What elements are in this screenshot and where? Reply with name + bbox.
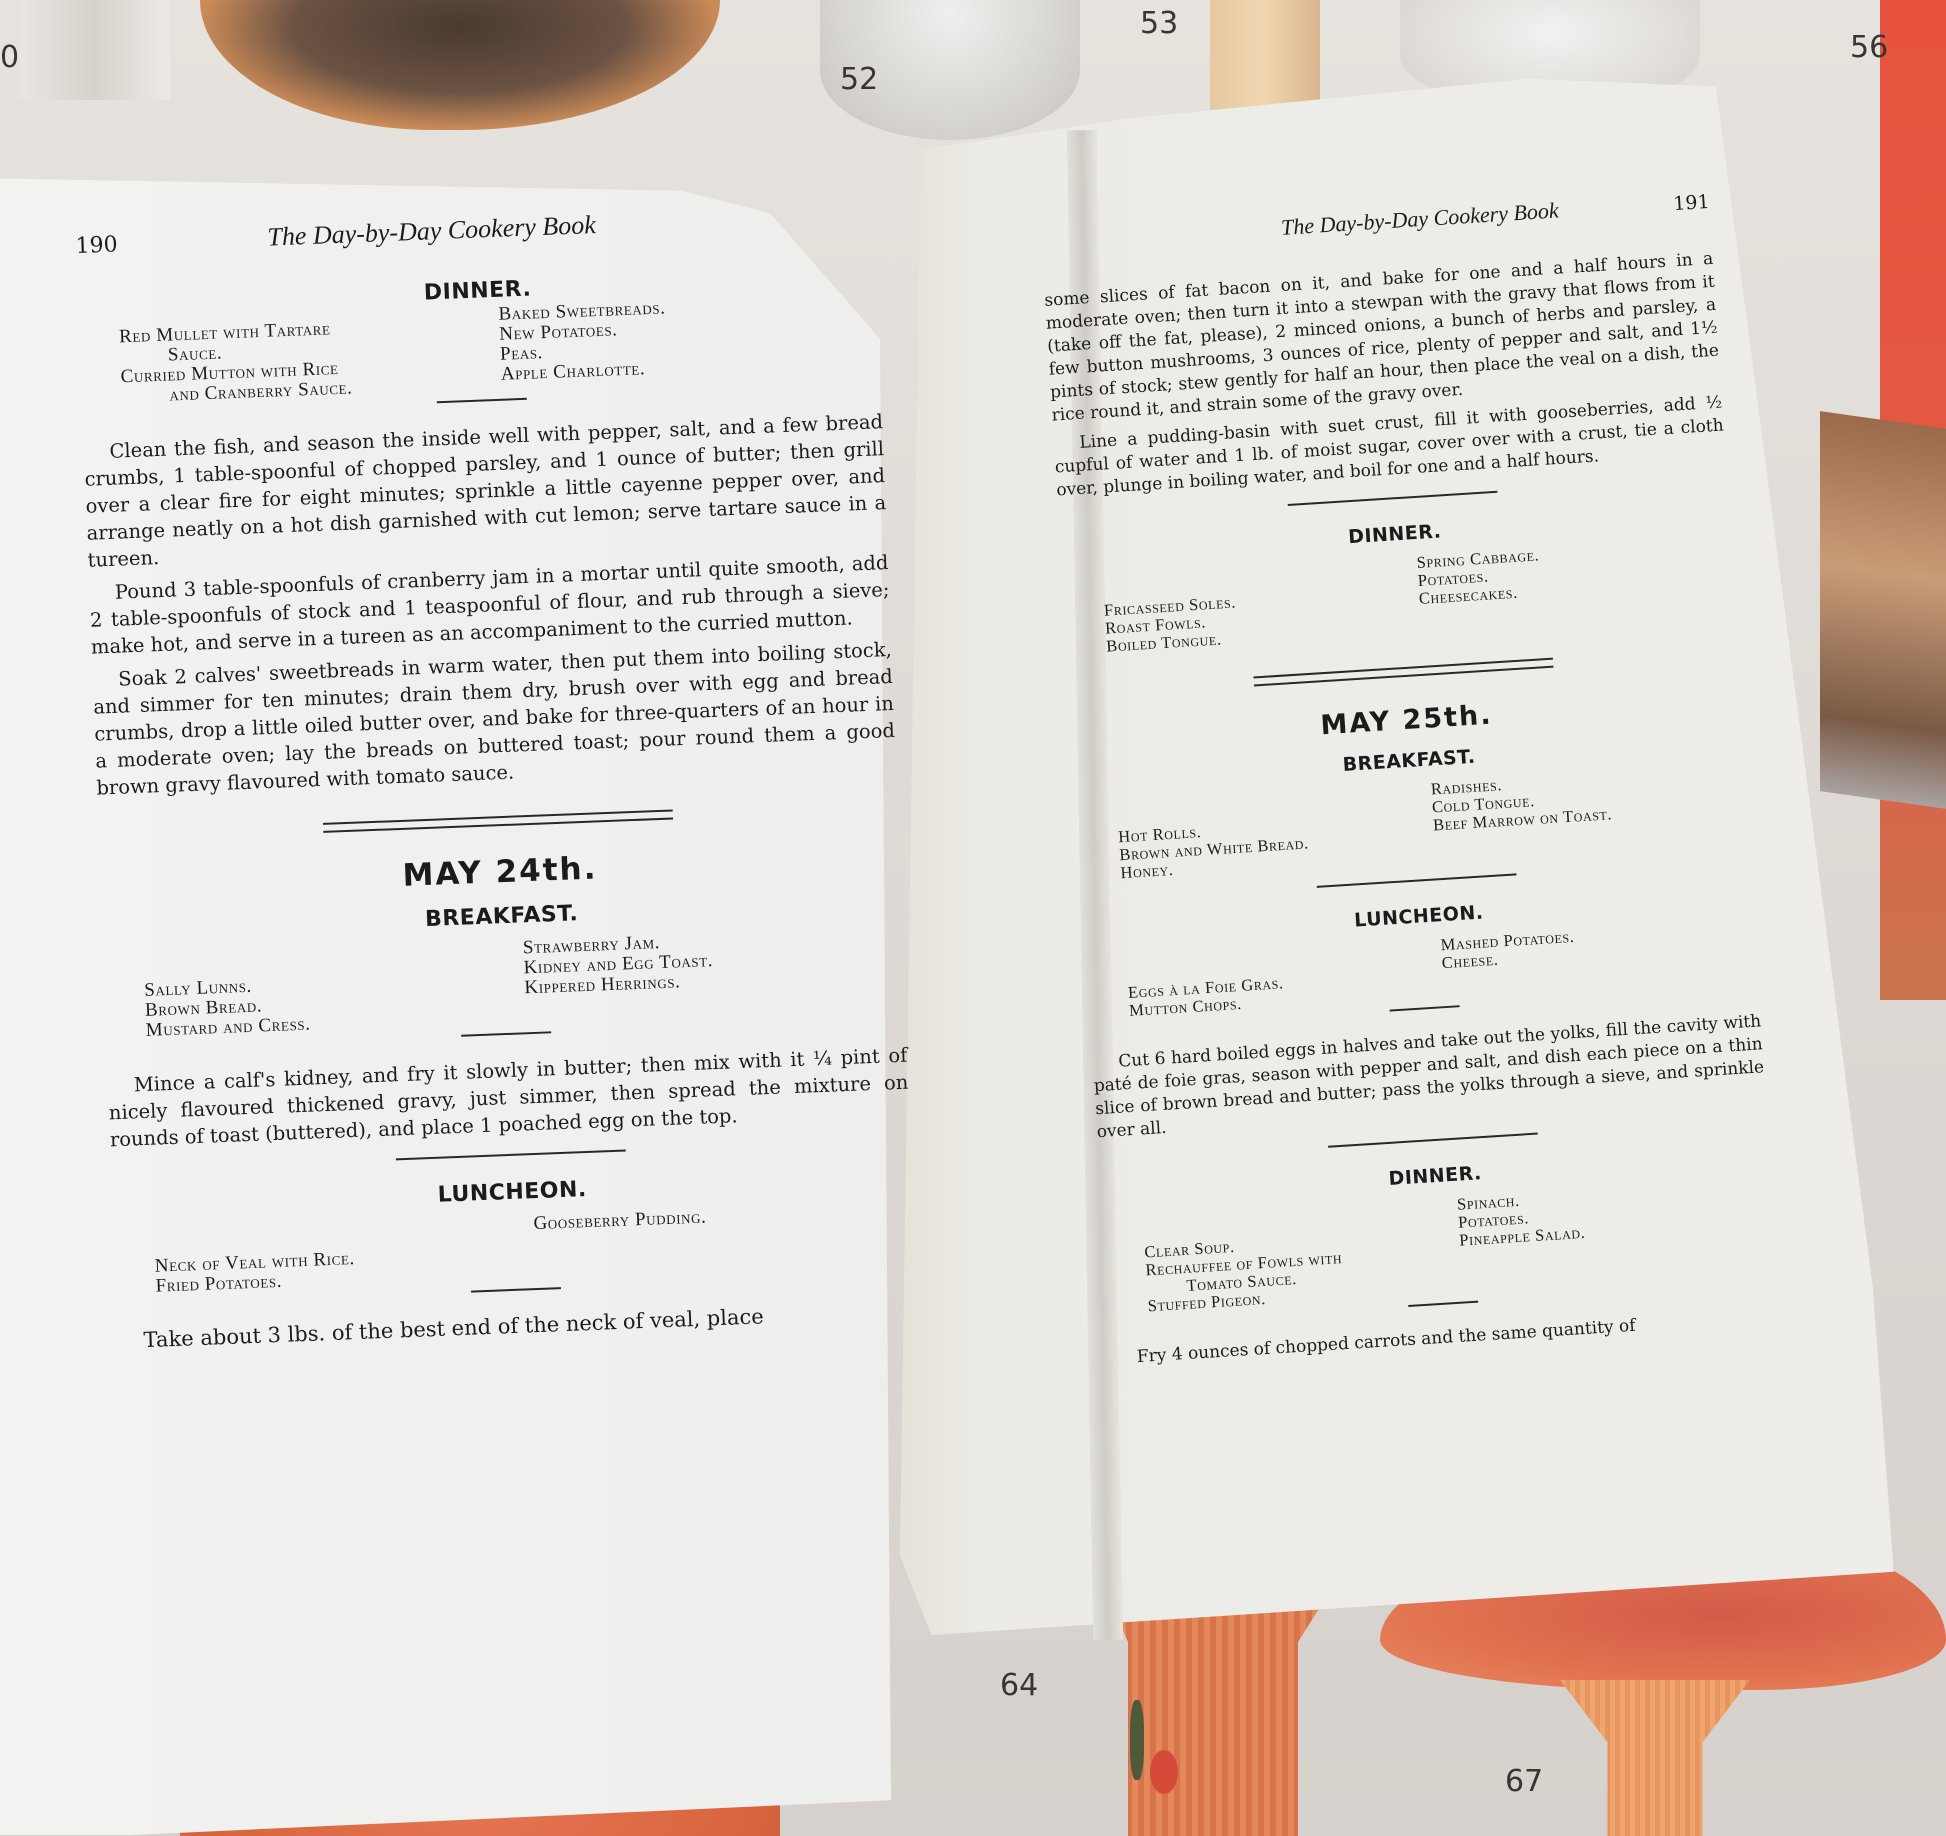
plate-number: 67 [1505,1764,1543,1799]
mushroom-stem-illustration [20,0,170,100]
divider [437,398,527,403]
menu-column-left: Clear Soup. Rechauffee of Fowls with Tom… [1142,1198,1423,1315]
menu-column-left: Eggs à la Foie Gras. Mutton Chops. [1126,939,1404,1020]
section-divider [323,809,673,832]
red-spot-illustration [1150,1750,1178,1794]
divider [1317,873,1517,888]
menu-column-left: Red Mullet with Tartare Sauce. Curried M… [119,314,462,407]
menu-column-left: Sally Lunns. Brown Bread. Mustard and Cr… [143,940,486,1041]
plate-number: 64 [1000,1668,1038,1703]
page-number: 190 [75,232,118,259]
dinner-menu: Red Mullet with Tartare Sauce. Curried M… [119,300,842,408]
brown-mushroom-side-illustration [1820,411,1946,809]
plate-number: 0 [0,40,19,75]
menu-item: Gooseberry Pudding. [533,1201,874,1234]
menu-column-right: Spinach. Potatoes. Pineapple Salad. [1456,1178,1734,1249]
right-page-content: The Day-by-Day Cookery Book 191 some sli… [1040,188,1781,1377]
menu-column-left: Fricasseed Soles. Roast Fowls. Boiled To… [1102,557,1382,656]
menu-column-left: Hot Rolls. Brown and White Bread. Honey. [1116,783,1396,882]
divider [1408,1301,1478,1307]
plate-number: 53 [1140,6,1178,41]
divider [1390,1005,1460,1011]
plate-number: 52 [840,62,878,97]
page-number: 191 [1673,191,1711,215]
divider [1288,491,1498,506]
divider [1328,1133,1538,1148]
menu-column-right: Baked Sweetbreads. New Potatoes. Peas. A… [498,292,841,385]
divider [461,1031,551,1036]
luncheon-menu: Neck of Veal with Rice. Fried Potatoes. … [153,1201,875,1297]
recipe-paragraph: Mince a calf's kidney, and fry it slowly… [107,1042,910,1154]
recipe-paragraph: Cut 6 hard boiled eggs in halves and tak… [1092,1010,1766,1144]
plate-number: 56 [1850,30,1888,65]
left-page-content: 190 The Day-by-Day Cookery Book DINNER. … [75,199,918,1361]
menu-column-right: Strawberry Jam. Kidney and Egg Toast. Ki… [523,925,865,998]
menu-column-right: Gooseberry Pudding. [533,1201,874,1234]
menu-column-right: Radishes. Cold Tongue. Beef Marrow on To… [1430,763,1708,834]
divider [396,1150,626,1161]
menu-column-right: Spring Cabbage. Potatoes. Cheesecakes. [1416,537,1694,608]
divider [471,1287,561,1292]
section-divider [1253,658,1553,687]
menu-column-left: Neck of Veal with Rice. Fried Potatoes. [153,1216,495,1297]
recipe-paragraph: Clean the fish, and season the inside we… [83,408,888,574]
menu-column-right: Mashed Potatoes. Cheese. [1440,919,1717,972]
recipe-paragraph: Soak 2 calves' sweetbreads in warm water… [92,636,897,802]
green-spot-illustration [1130,1700,1144,1780]
breakfast-menu: Sally Lunns. Brown Bread. Mustard and Cr… [143,925,866,1041]
